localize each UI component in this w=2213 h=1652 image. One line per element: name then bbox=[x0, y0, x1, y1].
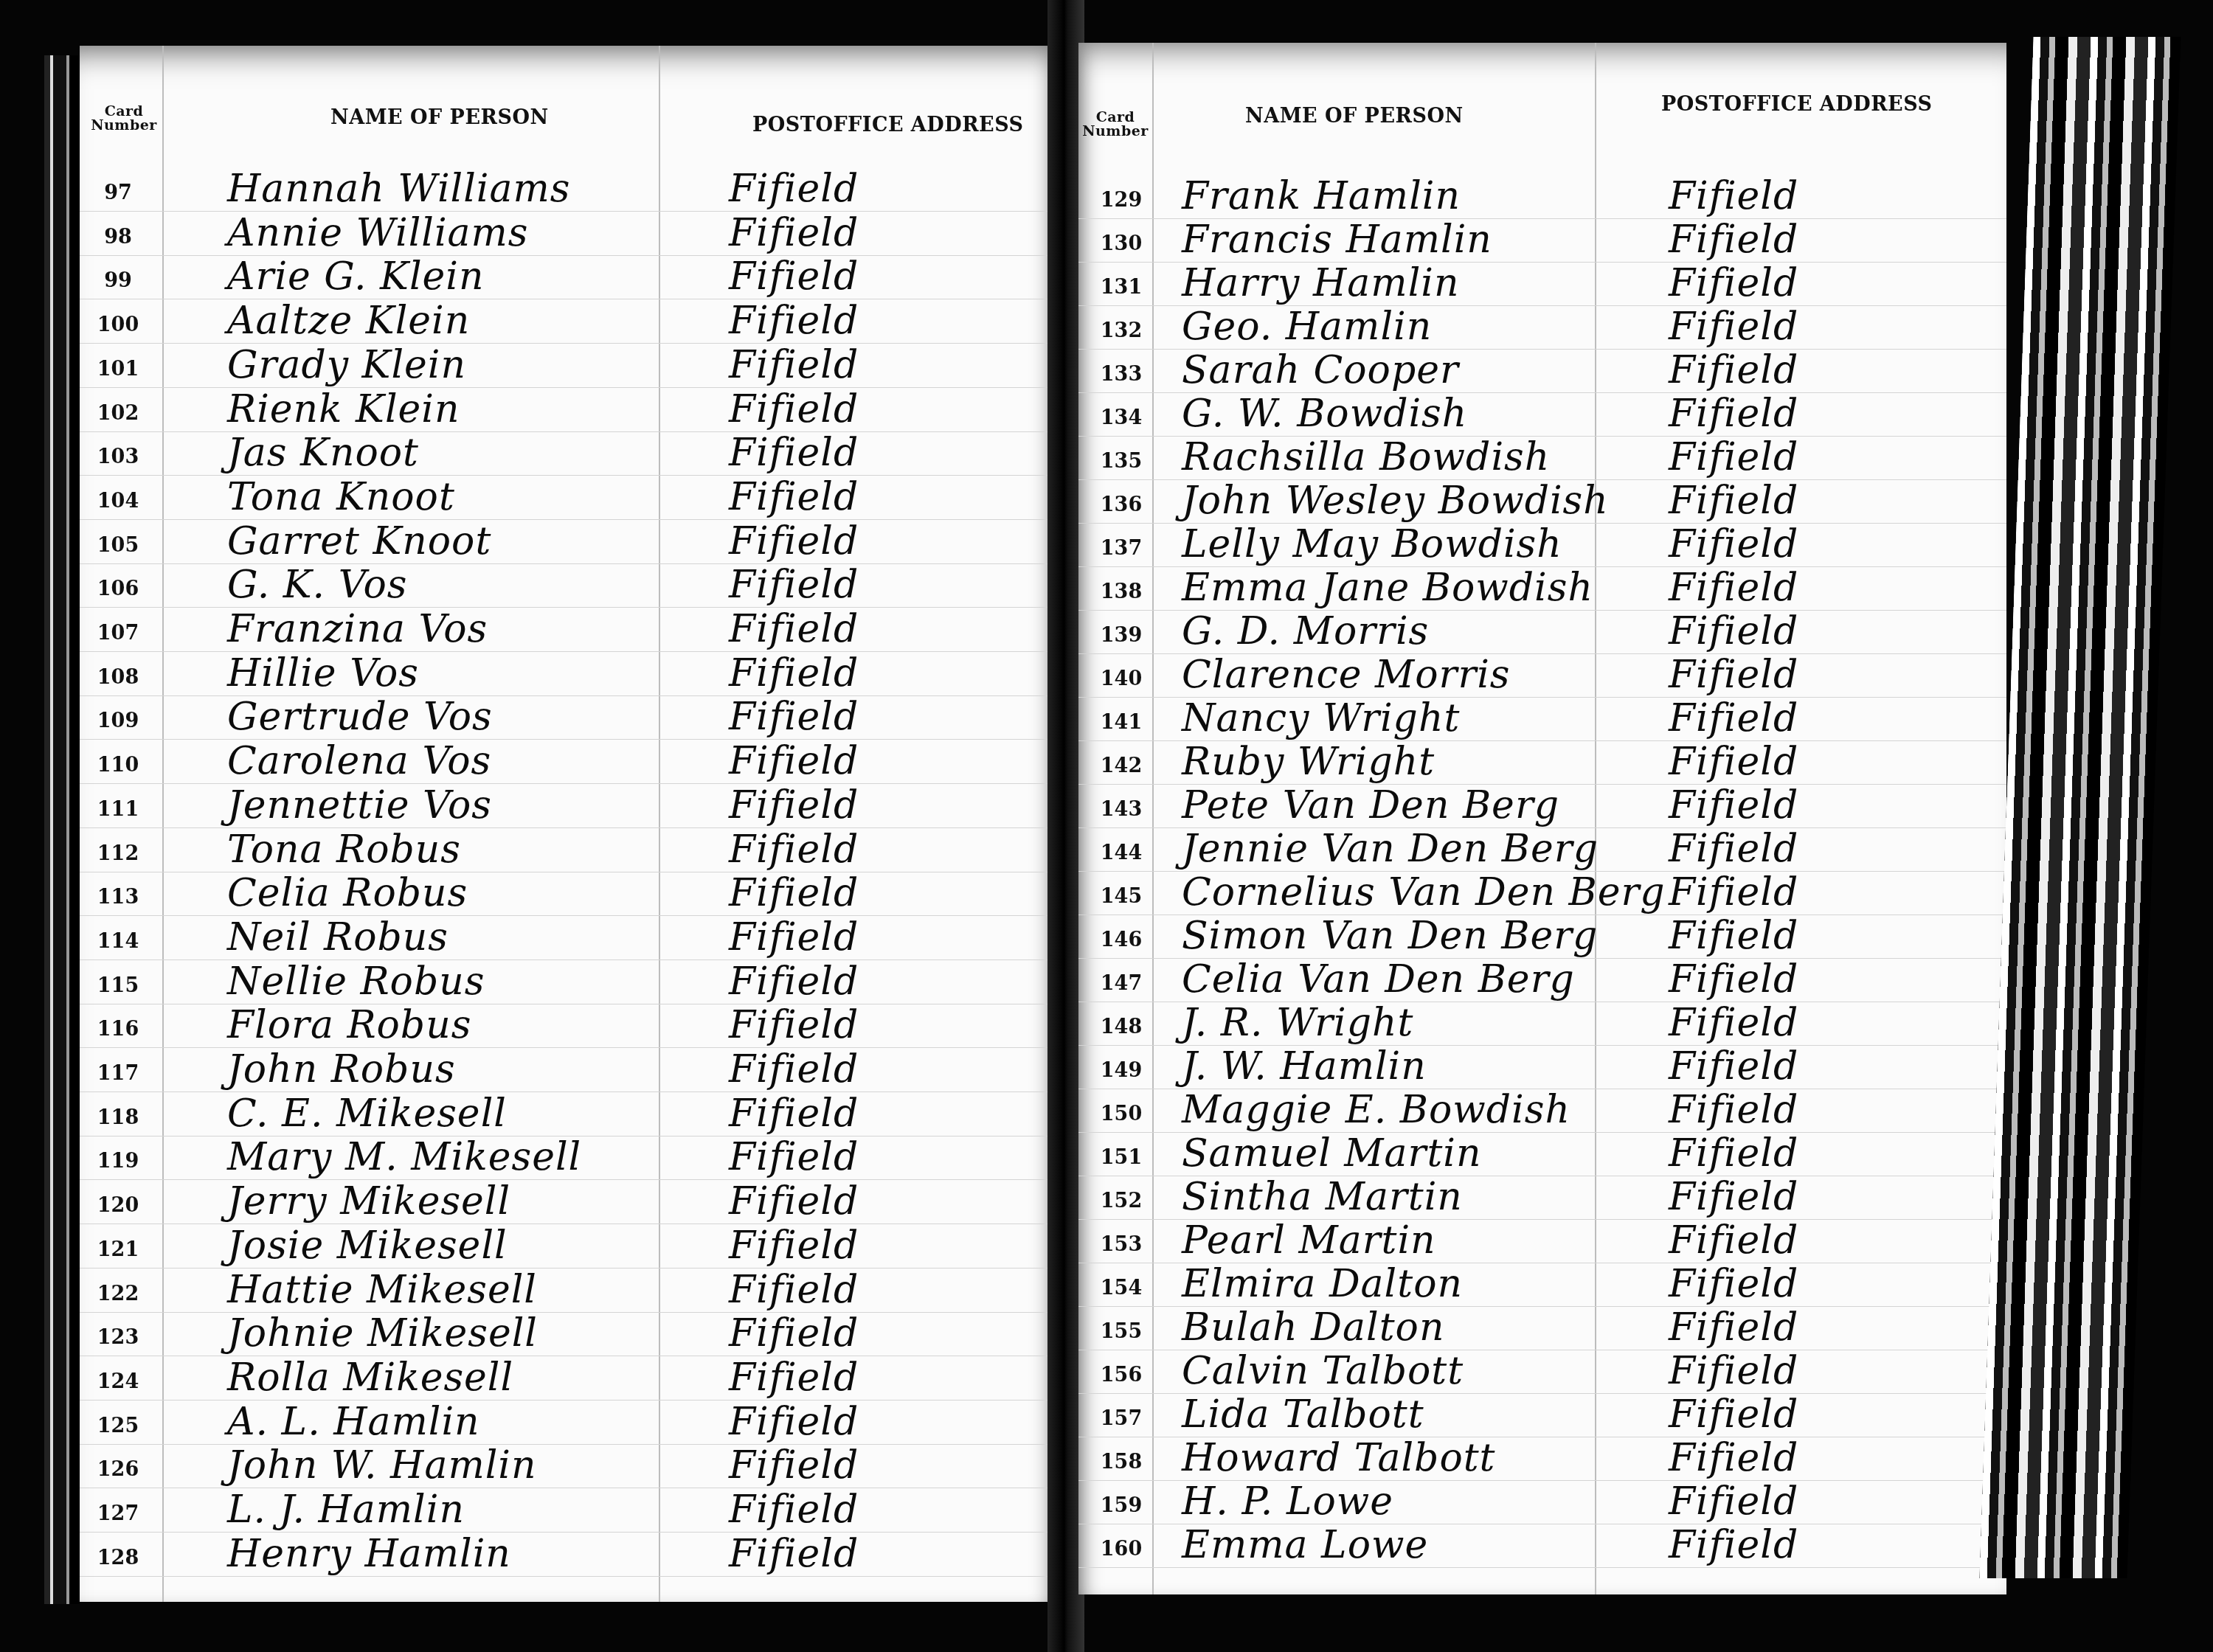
card-number: 121 bbox=[89, 1238, 148, 1261]
table-row: 97Hannah WilliamsFifield bbox=[80, 171, 1055, 215]
table-row: 110Carolena VosFifield bbox=[80, 743, 1055, 788]
table-row: 156Calvin TalbottFifield bbox=[1078, 1353, 2006, 1398]
person-name: Hattie Mikesell bbox=[227, 1268, 537, 1312]
table-row: 155Bulah DaltonFifield bbox=[1078, 1310, 2006, 1354]
table-row: 122Hattie MikesellFifield bbox=[80, 1272, 1055, 1316]
person-name: Hillie Vos bbox=[227, 651, 419, 695]
card-number: 114 bbox=[89, 930, 148, 953]
person-name: Aaltze Klein bbox=[227, 299, 470, 343]
card-number: 147 bbox=[1092, 972, 1151, 995]
postoffice-address: Fifield bbox=[1669, 435, 1798, 479]
person-name: John Wesley Bowdish bbox=[1182, 479, 1609, 523]
table-row: 104Tona KnootFifield bbox=[80, 479, 1055, 524]
table-row: 137Lelly May BowdishFifield bbox=[1078, 527, 2006, 571]
table-row: 134G. W. BowdishFifield bbox=[1078, 396, 2006, 440]
person-name: Tona Robus bbox=[227, 827, 461, 872]
table-row: 103Jas KnootFifield bbox=[80, 435, 1055, 479]
person-name: Rachsilla Bowdish bbox=[1182, 435, 1550, 479]
table-row: 113Celia RobusFifield bbox=[80, 875, 1055, 920]
person-name: Lelly May Bowdish bbox=[1182, 522, 1562, 566]
postoffice-address: Fifield bbox=[1669, 1175, 1798, 1219]
table-row: 108Hillie VosFifield bbox=[80, 656, 1055, 700]
card-number: 100 bbox=[89, 313, 148, 336]
person-name: John Robus bbox=[227, 1047, 456, 1091]
person-name: Arie G. Klein bbox=[227, 254, 484, 299]
postoffice-address: Fifield bbox=[1669, 1349, 1798, 1393]
person-name: Lida Talbott bbox=[1182, 1392, 1424, 1437]
postoffice-address: Fifield bbox=[1669, 740, 1798, 784]
postoffice-address: Fifield bbox=[729, 739, 859, 783]
person-name: Mary M. Mikesell bbox=[227, 1135, 581, 1179]
postoffice-address: Fifield bbox=[729, 1311, 859, 1356]
card-number: 144 bbox=[1092, 841, 1151, 864]
table-row: 153Pearl MartinFifield bbox=[1078, 1223, 2006, 1267]
card-number: 127 bbox=[89, 1502, 148, 1525]
card-number: 112 bbox=[89, 842, 148, 865]
card-number: 115 bbox=[89, 974, 148, 997]
person-name: Harry Hamlin bbox=[1182, 261, 1459, 305]
card-number: 110 bbox=[89, 754, 148, 777]
postoffice-address: Fifield bbox=[729, 1356, 859, 1400]
book-left-edge bbox=[44, 55, 80, 1604]
postoffice-address: Fifield bbox=[1669, 914, 1798, 958]
table-row: 146Simon Van Den BergFifield bbox=[1078, 918, 2006, 962]
postoffice-address: Fifield bbox=[1669, 1479, 1798, 1524]
card-number: 103 bbox=[89, 445, 148, 468]
card-number: 129 bbox=[1092, 189, 1151, 212]
table-row: 109Gertrude VosFifield bbox=[80, 699, 1055, 743]
table-row: 145Cornelius Van Den BergFifield bbox=[1078, 875, 2006, 919]
postoffice-address: Fifield bbox=[1669, 392, 1798, 436]
card-number: 116 bbox=[89, 1018, 148, 1041]
table-row: 129Frank HamlinFifield bbox=[1078, 178, 2006, 223]
person-name: Neil Robus bbox=[227, 915, 449, 959]
person-name: Sintha Martin bbox=[1182, 1175, 1463, 1219]
person-name: Celia Van Den Berg bbox=[1182, 957, 1575, 1002]
card-number: 128 bbox=[89, 1547, 148, 1569]
card-number: 113 bbox=[89, 886, 148, 909]
person-name: Emma Lowe bbox=[1182, 1523, 1428, 1567]
person-name: Jennettie Vos bbox=[227, 783, 492, 827]
card-number-header: Card Number bbox=[1078, 111, 1160, 139]
postoffice-address: Fifield bbox=[729, 607, 859, 651]
table-row: 157Lida TalbottFifield bbox=[1078, 1397, 2006, 1441]
card-number: 109 bbox=[89, 709, 148, 732]
card-number: 98 bbox=[89, 226, 148, 249]
postoffice-address: Fifield bbox=[729, 475, 859, 519]
table-row: 148J. R. WrightFifield bbox=[1078, 1005, 2006, 1049]
postoffice-address: Fifield bbox=[1669, 305, 1798, 349]
postoffice-address: Fifield bbox=[729, 563, 859, 607]
postoffice-address: Fifield bbox=[729, 915, 859, 959]
card-number: 145 bbox=[1092, 885, 1151, 908]
postoffice-address: Fifield bbox=[729, 695, 859, 739]
postoffice-address: Fifield bbox=[1669, 522, 1798, 566]
person-name: Jennie Van Den Berg bbox=[1182, 827, 1599, 871]
address-header: POSTOFFICE ADDRESS bbox=[1661, 93, 1933, 116]
postoffice-address: Fifield bbox=[1669, 1392, 1798, 1437]
person-name: Clarence Morris bbox=[1182, 653, 1511, 697]
person-name: Garret Knoot bbox=[227, 519, 491, 563]
table-row: 160Emma LoweFifield bbox=[1078, 1527, 2006, 1572]
postoffice-address: Fifield bbox=[729, 387, 859, 431]
card-number: 119 bbox=[89, 1150, 148, 1173]
right-page: Card Number NAME OF PERSON POSTOFFICE AD… bbox=[1078, 43, 2006, 1594]
card-number: 108 bbox=[89, 666, 148, 689]
person-name: Elmira Dalton bbox=[1182, 1262, 1463, 1306]
person-name: Nellie Robus bbox=[227, 959, 485, 1004]
postoffice-address: Fifield bbox=[729, 1488, 859, 1532]
table-row: 138Emma Jane BowdishFifield bbox=[1078, 570, 2006, 614]
card-number: 97 bbox=[89, 181, 148, 204]
card-number: 142 bbox=[1092, 754, 1151, 777]
postoffice-address: Fifield bbox=[729, 827, 859, 872]
person-name: Rienk Klein bbox=[227, 387, 460, 431]
postoffice-address: Fifield bbox=[729, 211, 859, 255]
card-number: 135 bbox=[1092, 450, 1151, 473]
name-header: NAME OF PERSON bbox=[1245, 105, 1464, 128]
postoffice-address: Fifield bbox=[729, 167, 859, 211]
table-row: 102Rienk KleinFifield bbox=[80, 392, 1055, 436]
table-row: 144Jennie Van Den BergFifield bbox=[1078, 831, 2006, 875]
person-name: Simon Van Den Berg bbox=[1182, 914, 1598, 958]
table-row: 147Celia Van Den BergFifield bbox=[1078, 962, 2006, 1006]
card-number: 154 bbox=[1092, 1277, 1151, 1299]
person-name: Sarah Cooper bbox=[1182, 348, 1459, 392]
postoffice-address: Fifield bbox=[729, 1003, 859, 1047]
card-number: 138 bbox=[1092, 580, 1151, 603]
postoffice-address: Fifield bbox=[1669, 783, 1798, 827]
table-row: 158Howard TalbottFifield bbox=[1078, 1440, 2006, 1485]
person-name: John W. Hamlin bbox=[227, 1443, 537, 1488]
card-number: 139 bbox=[1092, 624, 1151, 647]
table-row: 159H. P. LoweFifield bbox=[1078, 1484, 2006, 1528]
postoffice-address: Fifield bbox=[1669, 348, 1798, 392]
table-row: 132Geo. HamlinFifield bbox=[1078, 309, 2006, 353]
person-name: Cornelius Van Den Berg bbox=[1182, 870, 1666, 914]
card-number: 149 bbox=[1092, 1059, 1151, 1082]
table-row: 124Rolla MikesellFifield bbox=[80, 1360, 1055, 1404]
postoffice-address: Fifield bbox=[1669, 261, 1798, 305]
table-row: 120Jerry MikesellFifield bbox=[80, 1184, 1055, 1228]
person-name: Pearl Martin bbox=[1182, 1218, 1436, 1263]
table-row: 154Elmira DaltonFifield bbox=[1078, 1266, 2006, 1311]
postoffice-address: Fifield bbox=[729, 519, 859, 563]
postoffice-address: Fifield bbox=[1669, 870, 1798, 914]
card-number: 151 bbox=[1092, 1146, 1151, 1169]
card-number: 106 bbox=[89, 577, 148, 600]
card-number: 118 bbox=[89, 1106, 148, 1129]
card-number: 130 bbox=[1092, 232, 1151, 255]
postoffice-address: Fifield bbox=[1669, 1218, 1798, 1263]
postoffice-address: Fifield bbox=[1669, 479, 1798, 523]
table-row: 101Grady KleinFifield bbox=[80, 347, 1055, 392]
postoffice-address: Fifield bbox=[1669, 218, 1798, 262]
name-header: NAME OF PERSON bbox=[330, 106, 549, 129]
table-row: 121Josie MikesellFifield bbox=[80, 1228, 1055, 1272]
table-row: 152Sintha MartinFifield bbox=[1078, 1179, 2006, 1224]
postoffice-address: Fifield bbox=[1669, 1262, 1798, 1306]
card-number: 157 bbox=[1092, 1407, 1151, 1430]
postoffice-address: Fifield bbox=[729, 1224, 859, 1268]
table-row: 114Neil RobusFifield bbox=[80, 920, 1055, 964]
card-number: 131 bbox=[1092, 276, 1151, 299]
person-name: Frank Hamlin bbox=[1182, 174, 1461, 218]
card-number: 111 bbox=[89, 798, 148, 821]
card-number: 140 bbox=[1092, 667, 1151, 690]
person-name: Jerry Mikesell bbox=[227, 1179, 510, 1224]
table-row: 140Clarence MorrisFifield bbox=[1078, 657, 2006, 701]
card-number: 134 bbox=[1092, 406, 1151, 429]
person-name: Samuel Martin bbox=[1182, 1131, 1481, 1176]
table-row: 131Harry HamlinFifield bbox=[1078, 265, 2006, 310]
person-name: Flora Robus bbox=[227, 1003, 471, 1047]
postoffice-address: Fifield bbox=[729, 1179, 859, 1224]
postoffice-address: Fifield bbox=[1669, 1305, 1798, 1350]
card-number: 107 bbox=[89, 622, 148, 645]
person-name: Henry Hamlin bbox=[227, 1532, 511, 1576]
table-row: 99Arie G. KleinFifield bbox=[80, 259, 1055, 303]
person-name: Ruby Wright bbox=[1182, 740, 1435, 784]
card-number: 105 bbox=[89, 534, 148, 557]
person-name: A. L. Hamlin bbox=[227, 1400, 480, 1444]
table-row: 141Nancy WrightFifield bbox=[1078, 701, 2006, 745]
table-row: 142Ruby WrightFifield bbox=[1078, 744, 2006, 788]
table-row: 115Nellie RobusFifield bbox=[80, 964, 1055, 1008]
table-row: 136John Wesley BowdishFifield bbox=[1078, 483, 2006, 527]
postoffice-address: Fifield bbox=[729, 959, 859, 1004]
card-number: 122 bbox=[89, 1283, 148, 1305]
postoffice-address: Fifield bbox=[1669, 1044, 1798, 1089]
postoffice-address: Fifield bbox=[729, 1091, 859, 1136]
card-number: 124 bbox=[89, 1370, 148, 1393]
person-name: Pete Van Den Berg bbox=[1182, 783, 1559, 827]
person-name: Tona Knoot bbox=[227, 475, 455, 519]
postoffice-address: Fifield bbox=[1669, 1523, 1798, 1567]
person-name: Maggie E. Bowdish bbox=[1182, 1088, 1570, 1132]
postoffice-address: Fifield bbox=[1669, 1131, 1798, 1176]
table-row: 126John W. HamlinFifield bbox=[80, 1448, 1055, 1492]
person-name: Celia Robus bbox=[227, 871, 468, 915]
postoffice-address: Fifield bbox=[1669, 1001, 1798, 1045]
table-row: 127L. J. HamlinFifield bbox=[80, 1492, 1055, 1536]
postoffice-address: Fifield bbox=[1669, 174, 1798, 218]
person-name: Josie Mikesell bbox=[227, 1224, 508, 1268]
card-number: 126 bbox=[89, 1458, 148, 1481]
table-row: 149J. W. HamlinFifield bbox=[1078, 1049, 2006, 1093]
person-name: Geo. Hamlin bbox=[1182, 305, 1432, 349]
table-row: 118C. E. MikesellFifield bbox=[80, 1096, 1055, 1140]
table-row: 100Aaltze KleinFifield bbox=[80, 303, 1055, 347]
postoffice-address: Fifield bbox=[729, 431, 859, 475]
card-number: 125 bbox=[89, 1415, 148, 1437]
card-number: 104 bbox=[89, 490, 148, 513]
person-name: Hannah Williams bbox=[227, 167, 570, 211]
postoffice-address: Fifield bbox=[1669, 1088, 1798, 1132]
card-number: 158 bbox=[1092, 1451, 1151, 1474]
card-number: 102 bbox=[89, 402, 148, 425]
person-name: Gertrude Vos bbox=[227, 695, 493, 739]
table-row: 107Franzina VosFifield bbox=[80, 611, 1055, 656]
postoffice-address: Fifield bbox=[1669, 827, 1798, 871]
card-number: 120 bbox=[89, 1194, 148, 1217]
person-name: Nancy Wright bbox=[1182, 696, 1460, 740]
table-row: 135Rachsilla BowdishFifield bbox=[1078, 440, 2006, 484]
card-number: 160 bbox=[1092, 1538, 1151, 1561]
person-name: G. D. Morris bbox=[1182, 609, 1429, 653]
person-name: G. W. Bowdish bbox=[1182, 392, 1467, 436]
left-page: Card Number NAME OF PERSON POSTOFFICE AD… bbox=[80, 46, 1055, 1602]
person-name: G. K. Vos bbox=[227, 563, 407, 607]
card-number: 123 bbox=[89, 1326, 148, 1349]
postoffice-address: Fifield bbox=[729, 871, 859, 915]
person-name: J. R. Wright bbox=[1182, 1001, 1413, 1045]
card-number: 155 bbox=[1092, 1320, 1151, 1343]
table-row: 143Pete Van Den BergFifield bbox=[1078, 788, 2006, 832]
table-row: 111Jennettie VosFifield bbox=[80, 788, 1055, 832]
table-row: 119Mary M. MikesellFifield bbox=[80, 1139, 1055, 1184]
person-name: Rolla Mikesell bbox=[227, 1356, 513, 1400]
postoffice-address: Fifield bbox=[729, 783, 859, 827]
postoffice-address: Fifield bbox=[1669, 1436, 1798, 1480]
person-name: Carolena Vos bbox=[227, 739, 491, 783]
card-number: 99 bbox=[89, 269, 148, 292]
person-name: H. P. Lowe bbox=[1182, 1479, 1393, 1524]
table-row: 150Maggie E. BowdishFifield bbox=[1078, 1092, 2006, 1136]
table-row: 116Flora RobusFifield bbox=[80, 1007, 1055, 1052]
table-row: 151Samuel MartinFifield bbox=[1078, 1136, 2006, 1180]
card-number-header: Card Number bbox=[80, 105, 168, 133]
card-number: 132 bbox=[1092, 319, 1151, 342]
person-name: Annie Williams bbox=[227, 211, 529, 255]
table-row: 123Johnie MikesellFifield bbox=[80, 1316, 1055, 1360]
postoffice-address: Fifield bbox=[1669, 653, 1798, 697]
table-row: 106G. K. VosFifield bbox=[80, 567, 1055, 611]
table-row: 139G. D. MorrisFifield bbox=[1078, 614, 2006, 658]
person-name: Bulah Dalton bbox=[1182, 1305, 1444, 1350]
person-name: Franzina Vos bbox=[227, 607, 488, 651]
card-number: 137 bbox=[1092, 537, 1151, 560]
card-number: 133 bbox=[1092, 363, 1151, 386]
postoffice-address: Fifield bbox=[1669, 566, 1798, 610]
table-row: 117John RobusFifield bbox=[80, 1052, 1055, 1096]
card-number: 101 bbox=[89, 358, 148, 381]
person-name: J. W. Hamlin bbox=[1182, 1044, 1427, 1089]
table-row: 112Tona RobusFifield bbox=[80, 832, 1055, 876]
postoffice-address: Fifield bbox=[1669, 609, 1798, 653]
person-name: C. E. Mikesell bbox=[227, 1091, 507, 1136]
person-name: Howard Talbott bbox=[1182, 1436, 1496, 1480]
postoffice-address: Fifield bbox=[729, 1135, 859, 1179]
person-name: L. J. Hamlin bbox=[227, 1488, 465, 1532]
postoffice-address: Fifield bbox=[729, 299, 859, 343]
table-row: 105Garret KnootFifield bbox=[80, 524, 1055, 568]
person-name: Jas Knoot bbox=[227, 431, 419, 475]
card-number: 156 bbox=[1092, 1364, 1151, 1386]
person-name: Calvin Talbott bbox=[1182, 1349, 1464, 1393]
card-number: 117 bbox=[89, 1062, 148, 1085]
person-name: Johnie Mikesell bbox=[227, 1311, 538, 1356]
postoffice-address: Fifield bbox=[729, 1268, 859, 1312]
postoffice-address: Fifield bbox=[729, 1047, 859, 1091]
table-row: 125A. L. HamlinFifield bbox=[80, 1404, 1055, 1448]
postoffice-address: Fifield bbox=[1669, 957, 1798, 1002]
card-number: 159 bbox=[1092, 1494, 1151, 1517]
postoffice-address: Fifield bbox=[729, 254, 859, 299]
card-number: 153 bbox=[1092, 1233, 1151, 1256]
card-number: 148 bbox=[1092, 1016, 1151, 1038]
card-number: 141 bbox=[1092, 711, 1151, 734]
card-number: 152 bbox=[1092, 1190, 1151, 1212]
card-number: 150 bbox=[1092, 1103, 1151, 1125]
card-number: 143 bbox=[1092, 798, 1151, 821]
postoffice-address: Fifield bbox=[729, 343, 859, 387]
postoffice-address: Fifield bbox=[729, 1532, 859, 1576]
table-row: 133Sarah CooperFifield bbox=[1078, 353, 2006, 397]
person-name: Emma Jane Bowdish bbox=[1182, 566, 1593, 610]
postoffice-address: Fifield bbox=[1669, 696, 1798, 740]
person-name: Francis Hamlin bbox=[1182, 218, 1492, 262]
card-number: 136 bbox=[1092, 493, 1151, 516]
postoffice-address: Fifield bbox=[729, 651, 859, 695]
postoffice-address: Fifield bbox=[729, 1400, 859, 1444]
address-header: POSTOFFICE ADDRESS bbox=[752, 114, 1024, 136]
card-number: 146 bbox=[1092, 929, 1151, 951]
table-row: 130Francis HamlinFifield bbox=[1078, 222, 2006, 266]
table-row: 98Annie WilliamsFifield bbox=[80, 215, 1055, 260]
table-row: 128Henry HamlinFifield bbox=[80, 1536, 1055, 1580]
postoffice-address: Fifield bbox=[729, 1443, 859, 1488]
person-name: Grady Klein bbox=[227, 343, 466, 387]
book-page-edges bbox=[1980, 37, 2181, 1578]
